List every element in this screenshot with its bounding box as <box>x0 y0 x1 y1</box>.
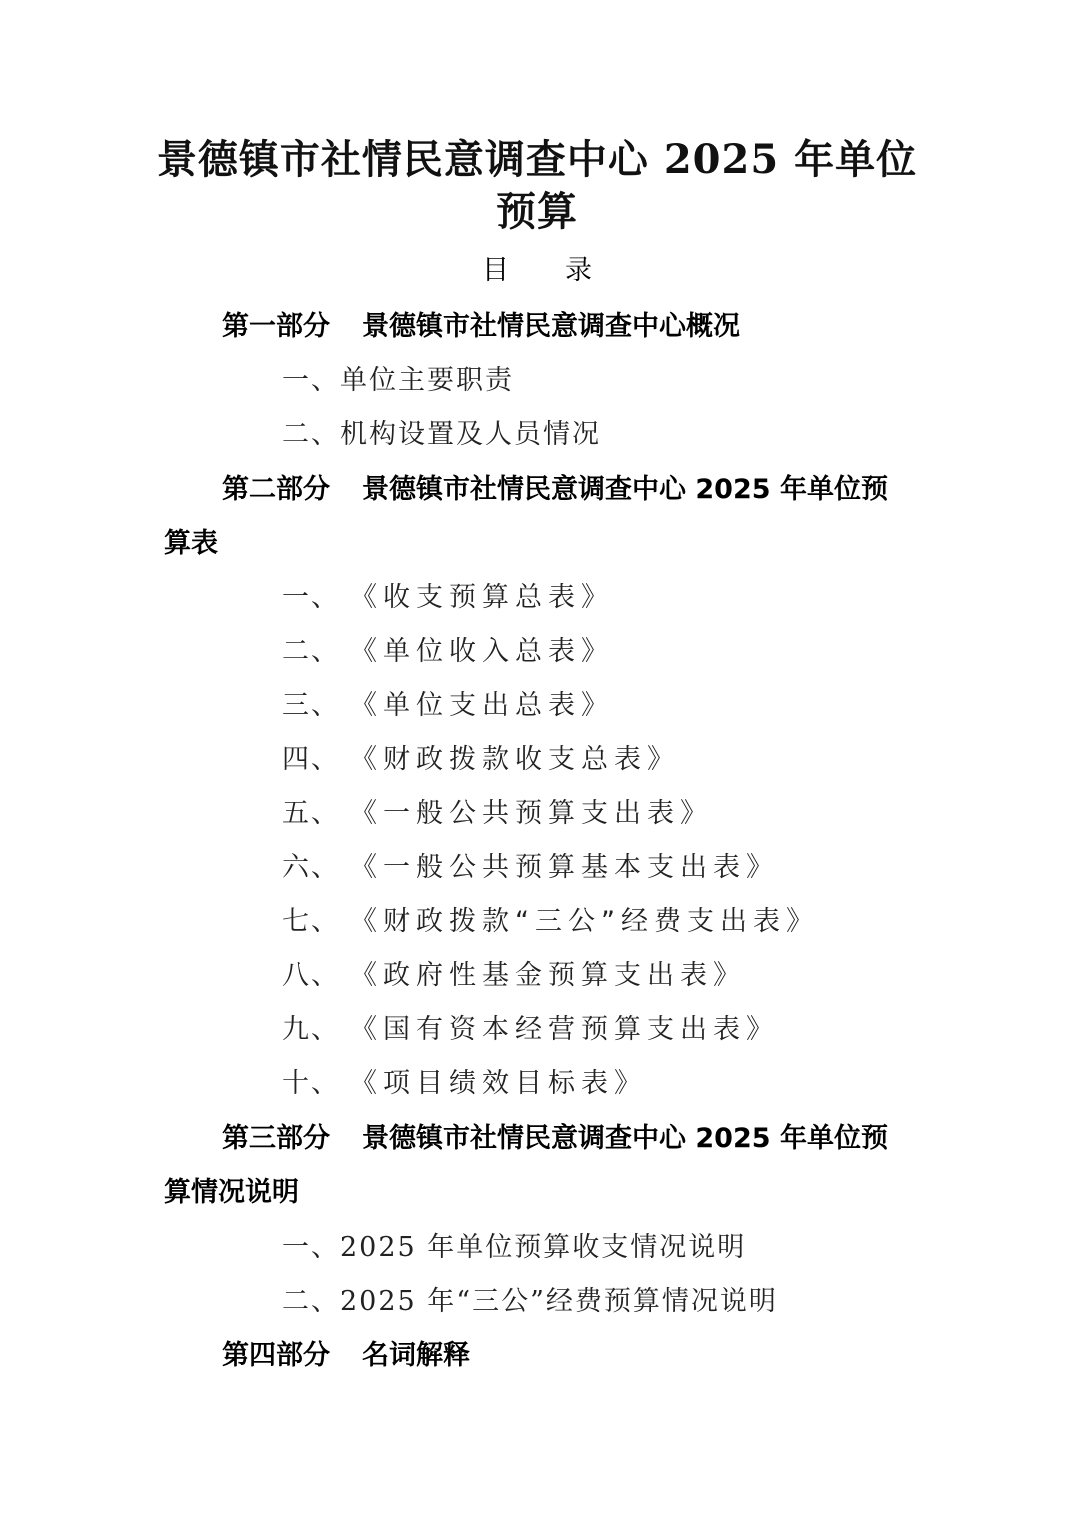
part-title: 景德镇市社情民意调查中心 2025 年单位预 <box>362 1123 888 1154</box>
toc-part1-item: 二、机构设置及人员情况 <box>282 420 601 450</box>
part-title: 景德镇市社情民意调查中心 2025 年单位预 <box>362 474 888 505</box>
toc-table-item: 八、《政府性基金预算支出表》 <box>282 961 746 991</box>
toc-table-item: 四、《财政拨款收支总表》 <box>282 745 680 775</box>
toc-part2-heading-cont: 算表 <box>164 529 218 559</box>
toc-part3-item: 一、2025 年单位预算收支情况说明 <box>282 1233 746 1263</box>
toc-heading-char1: 目 <box>482 256 509 286</box>
part-label: 第二部分 <box>222 474 330 505</box>
toc-table-item: 一、《收支预算总表》 <box>282 583 614 613</box>
part-label: 第一部分 <box>222 311 330 342</box>
toc-part1-heading: 第一部分景德镇市社情民意调查中心概况 <box>222 312 740 342</box>
toc-heading-char2: 录 <box>565 256 592 286</box>
toc-part3-heading-cont: 算情况说明 <box>164 1178 299 1208</box>
toc-table-item: 七、《财政拨款“三公”经费支出表》 <box>282 907 819 937</box>
toc-heading: 目录 <box>0 256 1074 286</box>
document-page: 景德镇市社情民意调查中心 2025 年单位 预算 目录 第一部分景德镇市社情民意… <box>0 0 1074 1520</box>
toc-table-item: 五、《一般公共预算支出表》 <box>282 799 713 829</box>
toc-part3-item: 二、2025 年“三公”经费预算情况说明 <box>282 1287 778 1317</box>
toc-table-item: 十、《项目绩效目标表》 <box>282 1069 647 1099</box>
part-label: 第四部分 <box>222 1340 330 1371</box>
document-title-line2: 预算 <box>0 190 1074 234</box>
document-title-line1: 景德镇市社情民意调查中心 2025 年单位 <box>0 138 1074 182</box>
part-title: 名词解释 <box>362 1340 470 1371</box>
toc-part3-heading: 第三部分景德镇市社情民意调查中心 2025 年单位预 <box>222 1124 888 1154</box>
toc-table-item: 六、《一般公共预算基本支出表》 <box>282 853 779 883</box>
toc-table-item: 二、《单位收入总表》 <box>282 637 614 667</box>
part-title: 景德镇市社情民意调查中心概况 <box>362 311 740 342</box>
toc-part1-item: 一、单位主要职责 <box>282 366 514 396</box>
toc-part2-heading: 第二部分景德镇市社情民意调查中心 2025 年单位预 <box>222 475 888 505</box>
toc-table-item: 九、《国有资本经营预算支出表》 <box>282 1015 779 1045</box>
toc-table-item: 三、《单位支出总表》 <box>282 691 614 721</box>
toc-part4-heading: 第四部分名词解释 <box>222 1341 470 1371</box>
part-label: 第三部分 <box>222 1123 330 1154</box>
